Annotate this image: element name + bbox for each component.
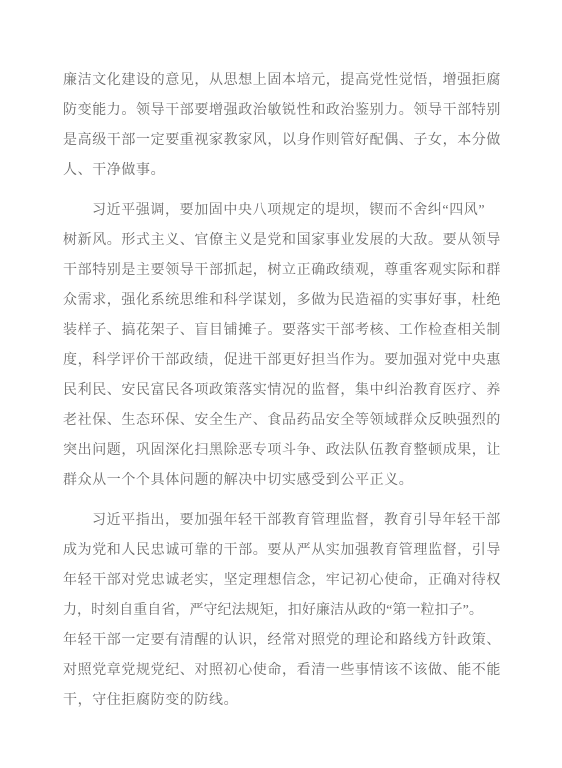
text-line: 习近平强调，要加固中央八项规定的堤坝，锲而不舍纠“四风” xyxy=(63,196,503,226)
text-line: 突出问题，巩固深化扫黑除恶专项斗争、政法队伍教育整顿成果，让 xyxy=(63,436,503,466)
text-line: 成为党和人民忠诚可靠的干部。要从严从实加强教育管理监督，引导 xyxy=(63,536,503,566)
text-line: 度，科学评价干部政绩，促进干部更好担当作为。要加强对党中央惠 xyxy=(63,346,503,376)
paragraph: 习近平强调，要加固中央八项规定的堤坝，锲而不舍纠“四风” 树新风。形式主义、官僚… xyxy=(63,196,503,496)
paragraph: 习近平指出，要加强年轻干部教育管理监督，教育引导年轻干部 成为党和人民忠诚可靠的… xyxy=(63,506,503,716)
text-line: 人、干净做事。 xyxy=(63,156,503,186)
text-line: 干部特别是主要领导干部抓起，树立正确政绩观，尊重客观实际和群 xyxy=(63,256,503,286)
text-line: 对照党章党规党纪、对照初心使命，看清一些事情该不该做、能不能 xyxy=(63,656,503,686)
text-line: 年轻干部对党忠诚老实，坚定理想信念，牢记初心使命，正确对待权 xyxy=(63,566,503,596)
text-line: 防变能力。领导干部要增强政治敏锐性和政治鉴别力。领导干部特别 xyxy=(63,96,503,126)
text-line: 年轻干部一定要有清醒的认识，经常对照党的理论和路线方针政策、 xyxy=(63,626,503,656)
text-line: 廉洁文化建设的意见，从思想上固本培元，提高党性觉悟，增强拒腐 xyxy=(63,66,503,96)
text-line: 民利民、安民富民各项政策落实情况的监督，集中纠治教育医疗、养 xyxy=(63,376,503,406)
text-line: 树新风。形式主义、官僚主义是党和国家事业发展的大敌。要从领导 xyxy=(63,226,503,256)
text-line: 众需求，强化系统思维和科学谋划，多做为民造福的实事好事，杜绝 xyxy=(63,286,503,316)
text-block: 廉洁文化建设的意见，从思想上固本培元，提高党性觉悟，增强拒腐 防变能力。领导干部… xyxy=(63,66,503,716)
paragraph: 廉洁文化建设的意见，从思想上固本培元，提高党性觉悟，增强拒腐 防变能力。领导干部… xyxy=(63,66,503,186)
text-line: 力，时刻自重自省，严守纪法规矩，扣好廉洁从政的“第一粒扣子”。 xyxy=(63,596,503,626)
text-line: 是高级干部一定要重视家教家风，以身作则管好配偶、子女，本分做 xyxy=(63,126,503,156)
text-line: 群众从一个个具体问题的解决中切实感受到公平正义。 xyxy=(63,466,503,496)
text-line: 干，守住拒腐防变的防线。 xyxy=(63,686,503,716)
text-line: 习近平指出，要加强年轻干部教育管理监督，教育引导年轻干部 xyxy=(63,506,503,536)
document-page: 廉洁文化建设的意见，从思想上固本培元，提高党性觉悟，增强拒腐 防变能力。领导干部… xyxy=(0,0,562,768)
text-line: 老社保、生态环保、安全生产、食品药品安全等领域群众反映强烈的 xyxy=(63,406,503,436)
text-line: 装样子、搞花架子、盲目铺摊子。要落实干部考核、工作检查相关制 xyxy=(63,316,503,346)
